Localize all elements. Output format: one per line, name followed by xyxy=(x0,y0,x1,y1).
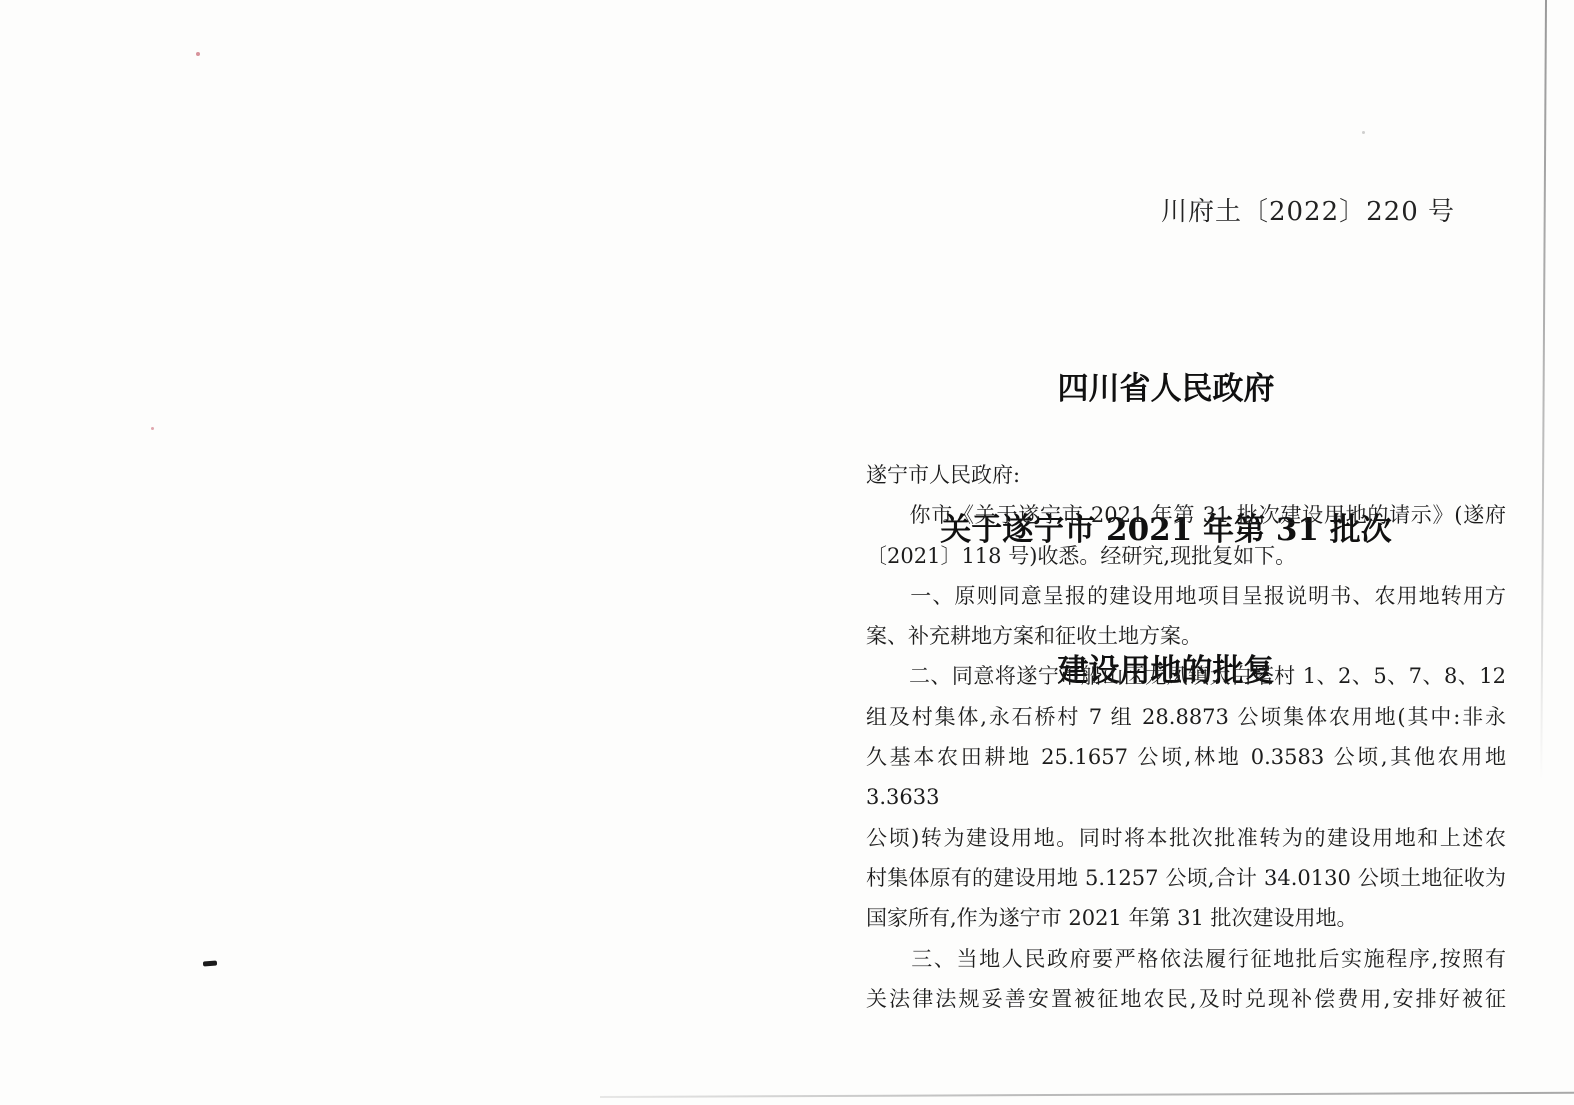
body-line: 二、同意将遂宁市船山区龙凤镇大白塔村 1、2、5、7、8、12 xyxy=(866,656,1506,696)
blank-left-page xyxy=(0,0,790,1105)
document-number: 川府土〔2022〕220 号 xyxy=(866,196,1455,228)
page-edge-line-vertical xyxy=(1540,0,1547,780)
body-line: 关法律法规妥善安置被征地农民,及时兑现补偿费用,安排好被征 xyxy=(866,979,1506,1019)
body-line: 〔2021〕118 号)收悉。经研究,现批复如下。 xyxy=(866,536,1506,576)
body-line: 国家所有,作为遂宁市 2021 年第 31 批次建设用地。 xyxy=(866,898,1506,938)
scanned-document-spread: 川府土〔2022〕220 号 四川省人民政府 关于遂宁市 2021 年第 31 … xyxy=(0,0,1574,1105)
body-line: 你市《关于遂宁市 2021 年第 31 批次建设用地的请示》(遂府 xyxy=(866,495,1506,535)
scan-speck xyxy=(151,427,154,430)
body-line: 久基本农田耕地 25.1657 公顷,林地 0.3583 公顷,其他农用地 3.… xyxy=(866,737,1506,818)
document-body: 遂宁市人民政府: 你市《关于遂宁市 2021 年第 31 批次建设用地的请示》(… xyxy=(866,455,1506,1019)
body-line: 村集体原有的建设用地 5.1257 公顷,合计 34.0130 公顷土地征收为 xyxy=(866,858,1506,898)
document-title-line-1: 四川省人民政府 xyxy=(846,366,1486,413)
body-line: 案、补充耕地方案和征收土地方案。 xyxy=(866,616,1506,656)
body-line: 三、当地人民政府要严格依法履行征地批后实施程序,按照有 xyxy=(866,939,1506,979)
body-line: 公顷)转为建设用地。同时将本批次批准转为的建设用地和上述农 xyxy=(866,818,1506,858)
ink-smudge-mark xyxy=(203,961,217,967)
scan-speck xyxy=(1362,131,1365,134)
body-line: 一、原则同意呈报的建设用地项目呈报说明书、农用地转用方 xyxy=(866,576,1506,616)
body-line: 组及村集体,永石桥村 7 组 28.8873 公顷集体农用地(其中:非永 xyxy=(866,697,1506,737)
scan-speck xyxy=(196,52,200,56)
salutation-line: 遂宁市人民政府: xyxy=(866,455,1506,495)
